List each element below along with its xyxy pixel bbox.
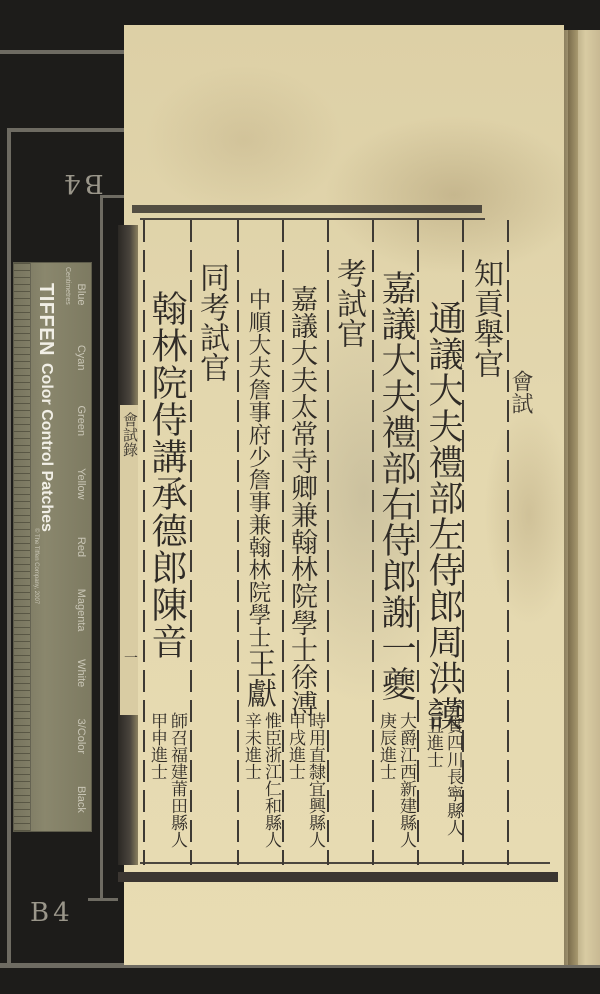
fold-title: 會試錄	[120, 412, 141, 457]
patch-label: 3/Color	[75, 705, 87, 768]
heading-kaoshiguan: 考試官	[333, 258, 363, 348]
official-1-rank: 通議大夫禮部左侍郎	[423, 300, 463, 624]
bottom-border-rule-thin	[140, 862, 550, 864]
patch-label: Cyan	[75, 326, 87, 389]
column-divider	[507, 220, 509, 865]
official-4-name: 王獻	[241, 648, 276, 708]
top-border-rule	[132, 205, 482, 213]
column-divider	[237, 220, 239, 865]
frame-line	[88, 898, 118, 901]
official-5-name: 陳音	[146, 586, 187, 660]
ruler	[14, 263, 31, 831]
official-5-rank: 翰林院侍講承德郎	[146, 290, 187, 586]
official-1-note-a: 充實四川長寧縣人	[444, 700, 461, 836]
official-4-note-a: 惟臣浙江仁和縣人	[262, 712, 279, 848]
official-2-title: 嘉議大夫禮部右侍郎謝一夔	[378, 270, 413, 702]
heading-tongkaoshiguan: 同考試官	[196, 262, 226, 382]
color-control-strip: Blue Cyan Green Yellow Red Magenta White…	[13, 262, 92, 832]
official-2-name: 謝一夔	[376, 594, 416, 702]
copyright-text: © The Tiffen Company, 2007	[33, 528, 39, 604]
column-divider	[372, 220, 374, 865]
water-stain	[484, 405, 574, 625]
official-4-title: 中順大夫詹事府少詹事兼翰林院學士王獻	[243, 288, 273, 708]
official-1-note-b: 乙丑進士	[424, 700, 441, 768]
strip-title: Color Control Patches	[37, 363, 55, 532]
patch-label: Black	[75, 768, 87, 831]
official-5-note-a: 師召福建莆田縣人	[168, 712, 185, 848]
water-stain	[144, 65, 344, 215]
patch-label: Yellow	[75, 452, 87, 515]
official-3-note-a: 時用直隸宜興縣人	[306, 712, 323, 848]
patch-labels: Blue Cyan Green Yellow Red Magenta White…	[75, 263, 87, 831]
patch-label: Red	[75, 515, 87, 578]
official-2-note-a: 大爵江西新建縣人	[397, 712, 414, 848]
bottom-border-rule	[118, 872, 558, 882]
margin-title: 會試	[505, 370, 536, 414]
official-2-rank: 嘉議大夫禮部右侍郎	[376, 270, 416, 594]
official-3-title: 嘉議大夫太常寺卿兼翰林院學士徐溥	[288, 285, 315, 717]
patch-label: White	[75, 642, 87, 705]
official-5-title: 翰林院侍講承德郎陳音	[148, 290, 184, 660]
official-3-name: 徐溥	[286, 663, 317, 717]
unit-label: Centimetres	[64, 267, 71, 305]
column-divider	[327, 220, 329, 865]
frame-line	[7, 128, 11, 968]
column-divider	[190, 220, 192, 865]
water-stain	[324, 115, 584, 275]
official-2-note-b: 庚辰進士	[377, 712, 394, 780]
frame-label-top: B4	[60, 168, 104, 198]
column-divider	[282, 220, 284, 865]
column-divider	[143, 220, 145, 865]
frame-line	[7, 128, 125, 132]
official-1-title: 通議大夫禮部左侍郎周洪謨	[425, 300, 460, 732]
official-4-note-b: 辛未進士	[242, 712, 259, 780]
official-3-rank: 嘉議大夫太常寺卿兼翰林院學士	[286, 285, 317, 663]
frame-label-bottom: B4	[30, 898, 74, 928]
patch-label: Blue	[75, 263, 87, 326]
frame-line	[100, 195, 103, 900]
official-4-rank: 中順大夫詹事府少詹事兼翰林院學士	[245, 288, 271, 648]
official-5-note-b: 甲申進士	[148, 712, 165, 780]
official-3-note-b: 甲戌進士	[286, 712, 303, 780]
frame-line	[0, 50, 126, 54]
fold-page-number: 一	[124, 648, 138, 668]
brand-logo: TIFFEN	[34, 283, 57, 356]
patch-label: Magenta	[75, 579, 87, 642]
column-divider	[417, 220, 419, 865]
heading-zhigongju: 知貢舉官	[470, 258, 500, 378]
patch-label: Green	[75, 389, 87, 452]
